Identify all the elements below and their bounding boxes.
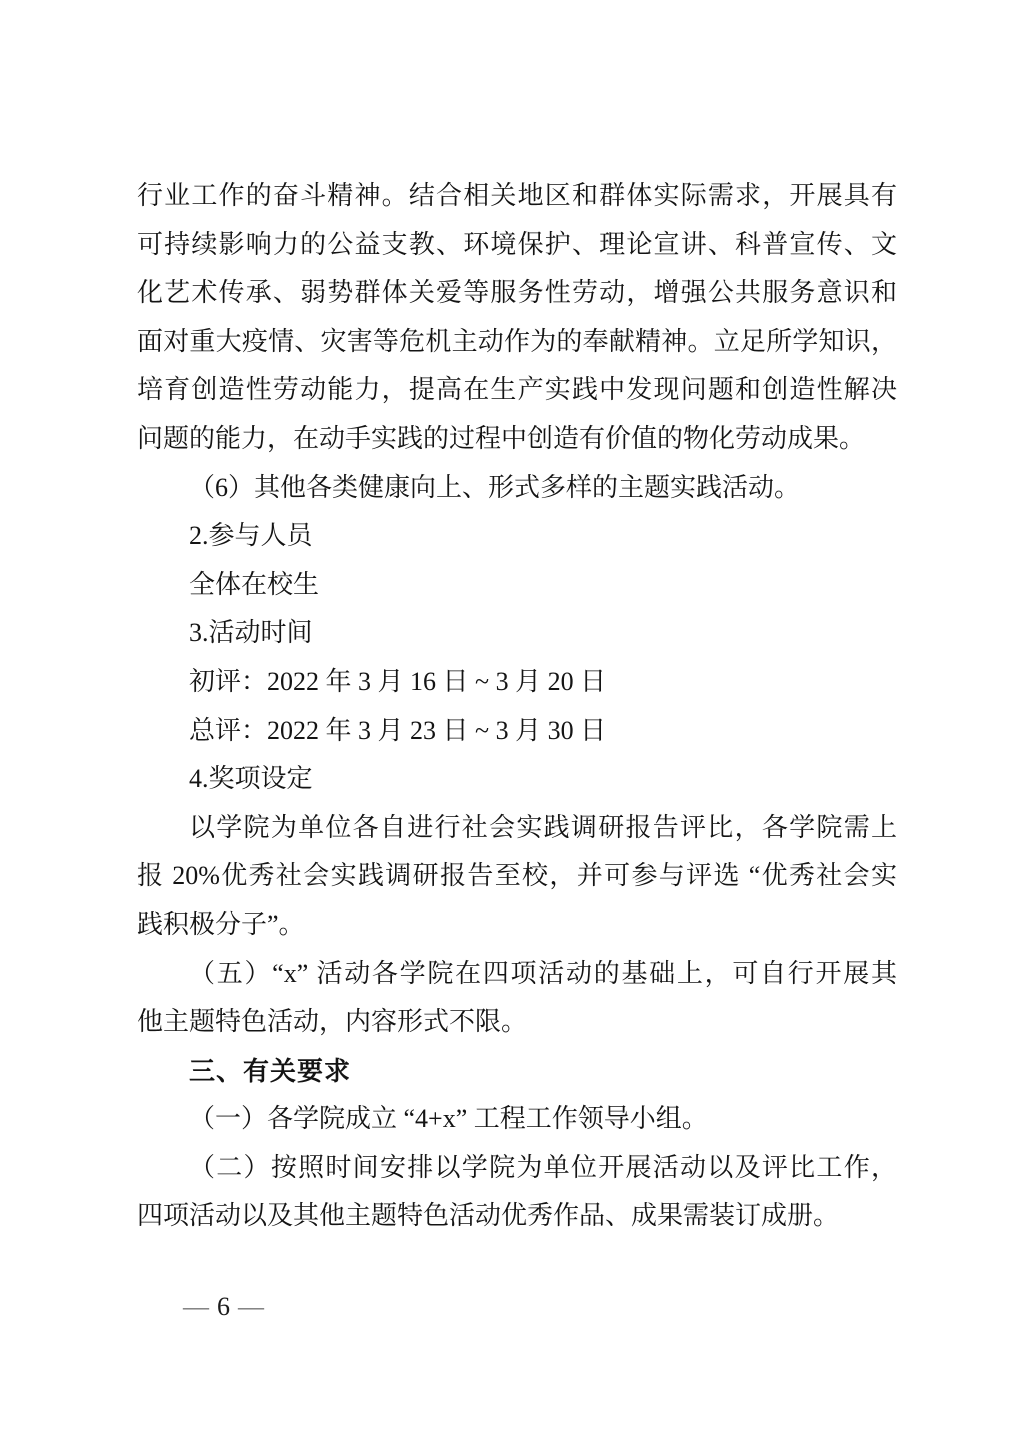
doc-line-17-item-five: （五）“x” 活动各学院在四项活动的基础上，可自行开展其 [137, 950, 897, 999]
doc-line-7-list-item-6: （6）其他各类健康向上、形式多样的主题实践活动。 [137, 464, 897, 513]
doc-line-12-date-final-review: 总评：2022 年 3 月 23 日 ~ 3 月 30 日 [137, 707, 897, 756]
doc-line-2: 可持续影响力的公益支教、环境保护、理论宣讲、科普宣传、文 [137, 221, 897, 270]
doc-line-16: 践积极分子”。 [137, 901, 897, 950]
page-number-dash-right: — [238, 1292, 264, 1321]
doc-line-14: 以学院为单位各自进行社会实践调研报告评比，各学院需上 [137, 804, 897, 853]
doc-line-1: 行业工作的奋斗精神。结合相关地区和群体实际需求，开展具有 [137, 172, 897, 221]
doc-line-18: 他主题特色活动，内容形式不限。 [137, 998, 897, 1047]
doc-line-9: 全体在校生 [137, 561, 897, 610]
doc-line-6: 问题的能力，在动手实践的过程中创造有价值的物化劳动成果。 [137, 415, 897, 464]
document-page: 行业工作的奋斗精神。结合相关地区和群体实际需求，开展具有 可持续影响力的公益支教… [0, 0, 1024, 1448]
section-heading-requirements: 三、有关要求 [137, 1047, 897, 1096]
doc-line-4: 面对重大疫情、灾害等危机主动作为的奉献精神。立足所学知识， [137, 318, 897, 367]
page-number: —6— [183, 1292, 264, 1322]
page-number-value: 6 [217, 1292, 230, 1321]
doc-line-22: 四项活动以及其他主题特色活动优秀作品、成果需装订成册。 [137, 1192, 897, 1241]
page-number-dash-left: — [183, 1292, 209, 1321]
doc-line-3: 化艺术传承、弱势群体关爱等服务性劳动，增强公共服务意识和 [137, 269, 897, 318]
doc-line-21-item-two: （二）按照时间安排以学院为单位开展活动以及评比工作， [137, 1144, 897, 1193]
doc-line-13-subheading-awards: 4.奖项设定 [137, 755, 897, 804]
doc-line-15: 报 20%优秀社会实践调研报告至校，并可参与评选 “优秀社会实 [137, 852, 897, 901]
doc-line-8-subheading-participants: 2.参与人员 [137, 512, 897, 561]
doc-line-10-subheading-schedule: 3.活动时间 [137, 609, 897, 658]
document-body: 行业工作的奋斗精神。结合相关地区和群体实际需求，开展具有 可持续影响力的公益支教… [137, 172, 897, 1241]
doc-line-5: 培育创造性劳动能力，提高在生产实践中发现问题和创造性解决 [137, 366, 897, 415]
doc-line-11-date-first-review: 初评：2022 年 3 月 16 日 ~ 3 月 20 日 [137, 658, 897, 707]
doc-line-20-item-one: （一）各学院成立 “4+x” 工程工作领导小组。 [137, 1095, 897, 1144]
